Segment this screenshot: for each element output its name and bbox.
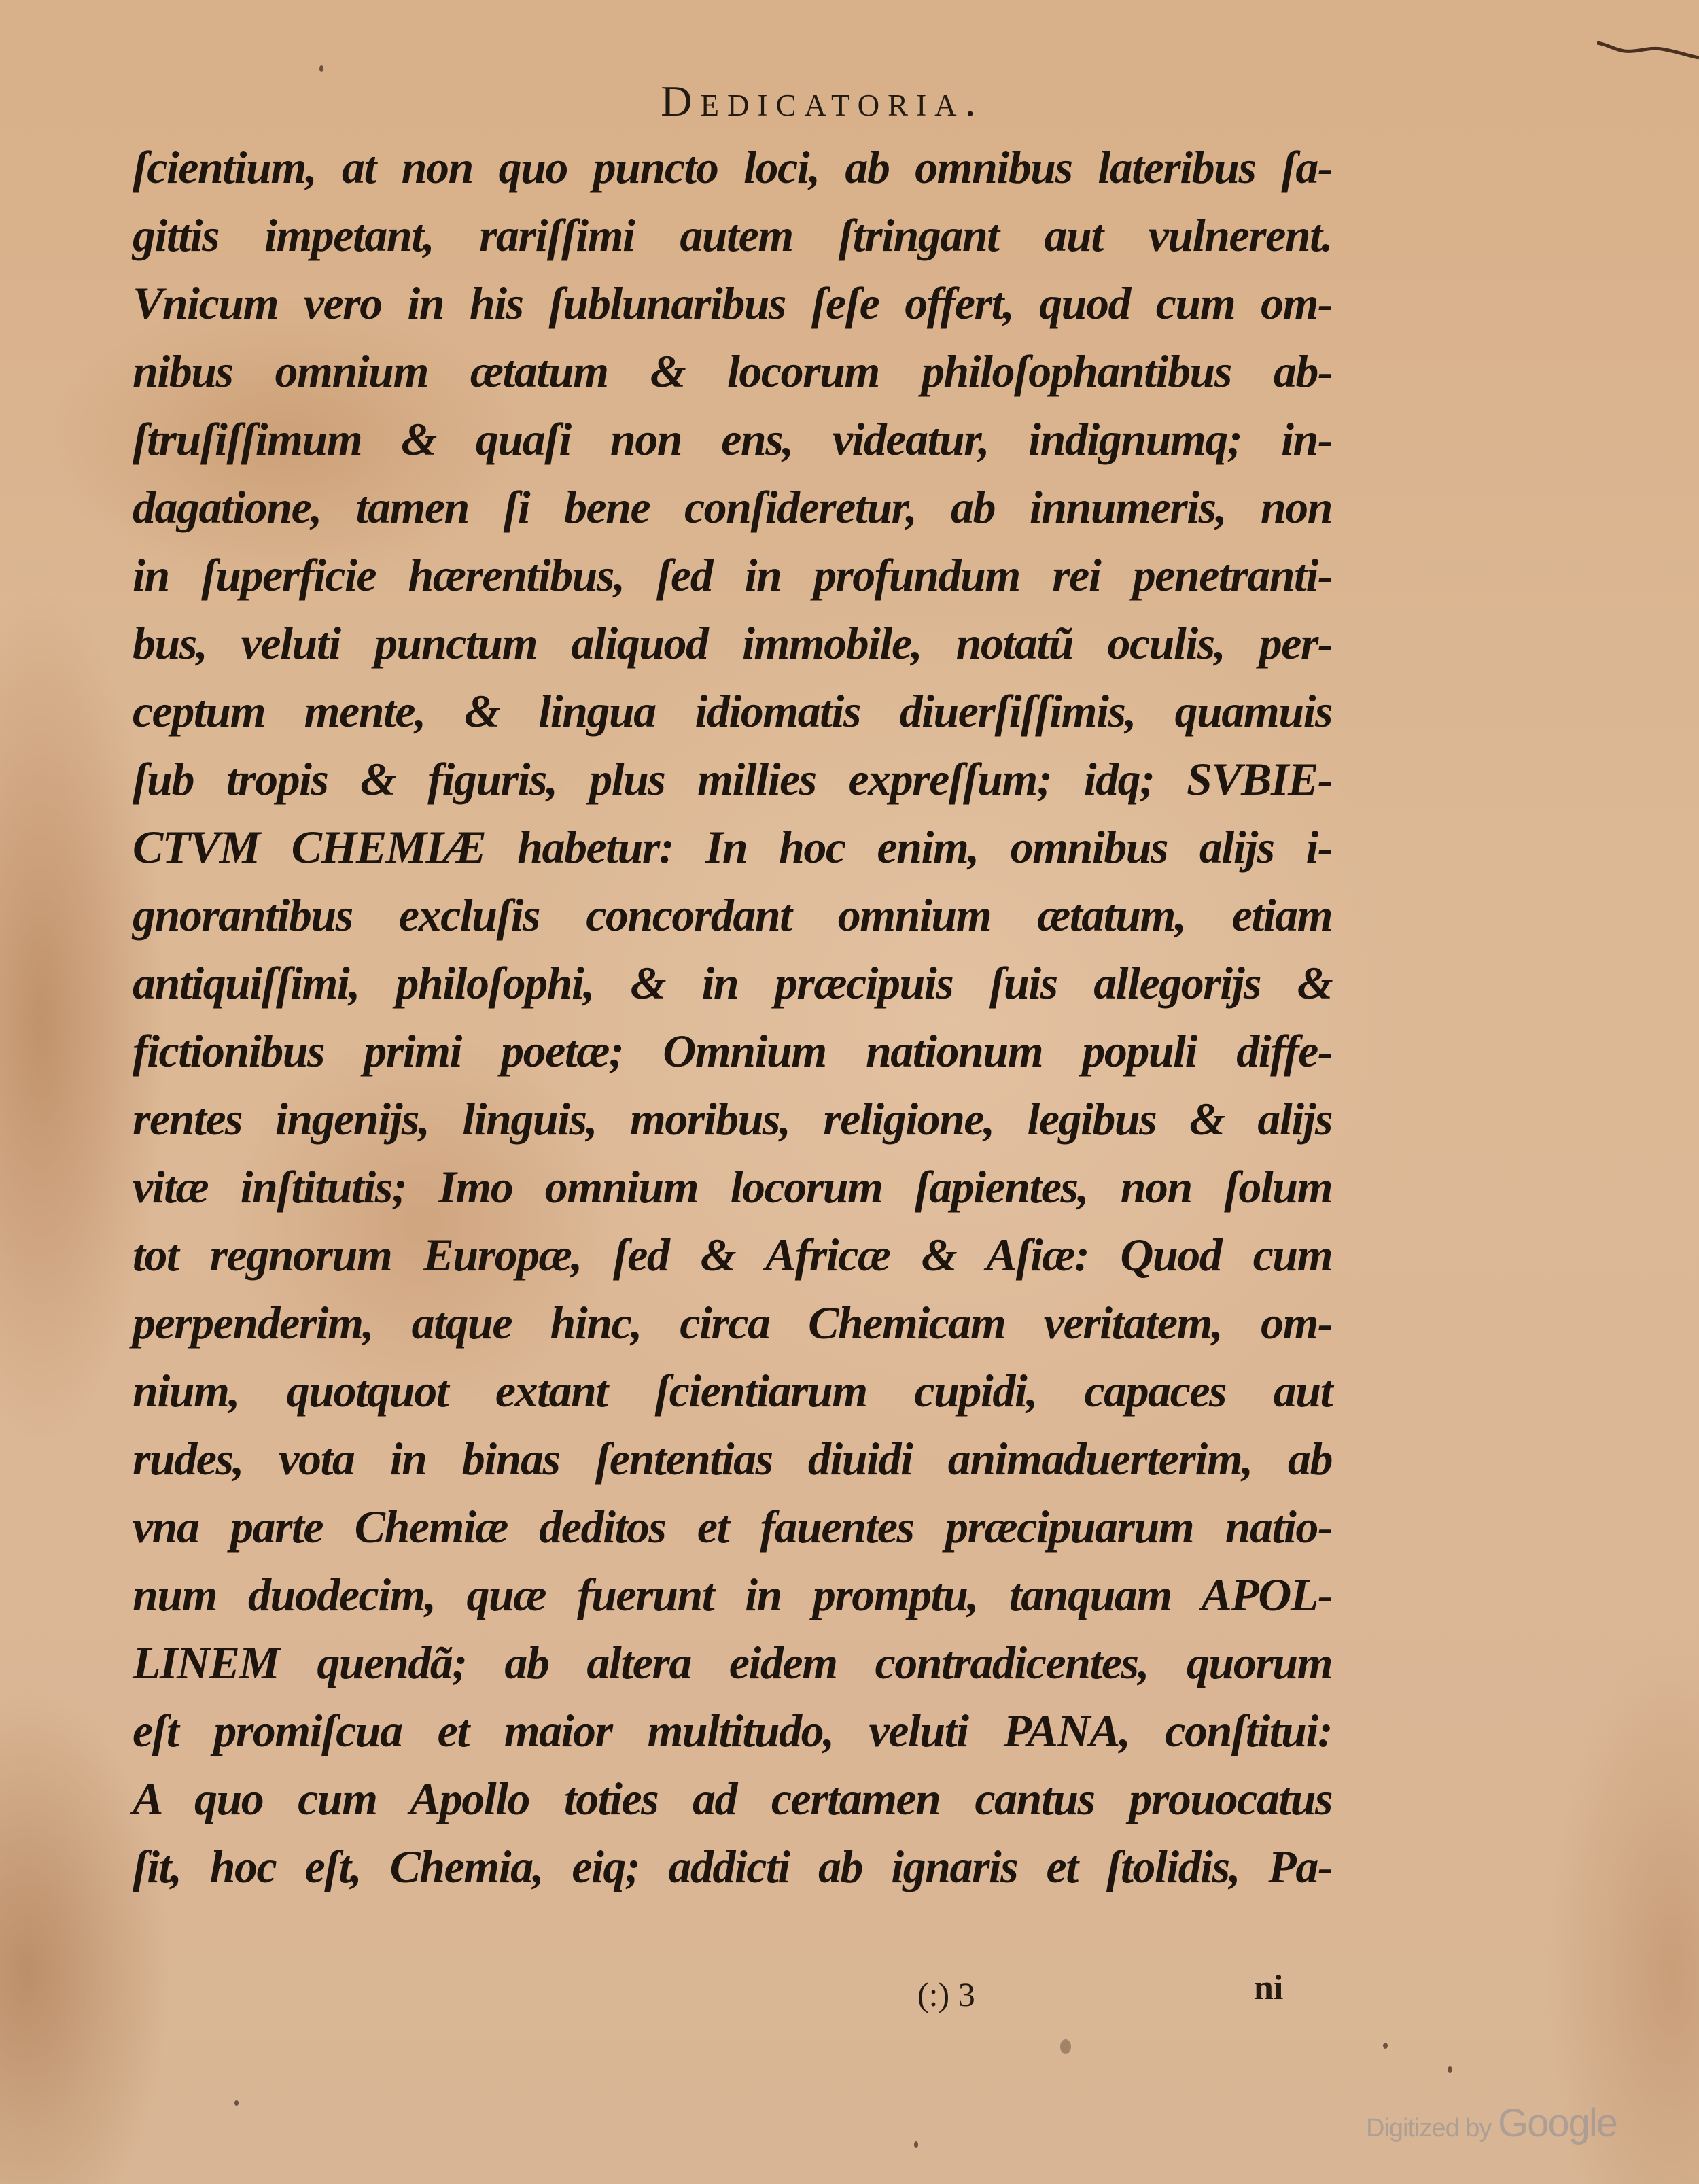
watermark-prefix: Digitized by <box>1366 2114 1491 2143</box>
text-line: fictionibus primi poetæ; Omnium nationum… <box>133 1017 1332 1085</box>
text-line: perpenderim, atque hinc, circa Chemicam … <box>133 1289 1332 1357</box>
paper-crack <box>1597 37 1699 65</box>
text-line: nibus omnium ætatum & locorum philoſopha… <box>133 337 1332 405</box>
text-line: vitæ inſtitutis; Imo omnium locorum ſapi… <box>133 1153 1332 1221</box>
ink-speck <box>1060 2039 1071 2054</box>
text-line: num duodecim, quæ fuerunt in promptu, ta… <box>133 1561 1332 1629</box>
book-page-scan: Dedicatoria. ſcientium, at non quo punct… <box>0 0 1699 2184</box>
text-line: gnorantibus excluſis concordant omnium æ… <box>133 881 1332 949</box>
text-line: in ſuperficie hærentibus, ſed in profund… <box>133 541 1332 609</box>
text-line: antiquiſſimi, philoſophi, & in præcipuis… <box>133 949 1332 1017</box>
text-line: CTVM CHEMIÆ habetur: In hoc enim, omnibu… <box>133 813 1332 881</box>
text-line: ceptum mente, & lingua idiomatis diuerſi… <box>133 677 1332 745</box>
text-line: LINEM quendã; ab altera eidem contradice… <box>133 1629 1332 1697</box>
text-line: gittis impetant, rariſſimi autem ſtringa… <box>133 201 1332 269</box>
text-line: ſit, hoc eſt, Chemia, eiq; addicti ab ig… <box>133 1833 1332 1901</box>
page-body-text: ſcientium, at non quo puncto loci, ab om… <box>133 133 1332 1901</box>
text-line: A quo cum Apollo toties ad certamen cant… <box>133 1765 1332 1833</box>
text-line: ſtruſiſſimum & quaſi non ens, videatur, … <box>133 405 1332 473</box>
ink-speck <box>1383 2043 1388 2049</box>
text-line: vna parte Chemiæ deditos et fauentes præ… <box>133 1493 1332 1561</box>
text-line: tot regnorum Europæ, ſed & Africæ & Aſiæ… <box>133 1221 1332 1289</box>
text-line: rudes, vota in binas ſententias diuidi a… <box>133 1425 1332 1493</box>
watermark-brand: Google <box>1498 2101 1617 2145</box>
text-line: ſcientium, at non quo puncto loci, ab om… <box>133 133 1332 201</box>
text-line: eſt promiſcua et maior multitudo, veluti… <box>133 1697 1332 1765</box>
ink-speck <box>1448 2066 1452 2073</box>
text-line: ſub tropis & figuris, plus millies expre… <box>133 745 1332 813</box>
text-line: bus, veluti punctum aliquod immobile, no… <box>133 609 1332 677</box>
text-line: nium, quotquot extant ſcientiarum cupidi… <box>133 1357 1332 1425</box>
ink-speck <box>319 65 323 72</box>
ink-speck <box>234 2100 239 2106</box>
catchword: ni <box>1254 1968 1283 2008</box>
text-line: Vnicum vero in his ſublunaribus ſeſe off… <box>133 269 1332 337</box>
text-line: dagatione, tamen ſi bene conſideretur, a… <box>133 473 1332 541</box>
running-header: Dedicatoria. <box>0 76 1672 126</box>
ink-speck <box>914 2141 918 2148</box>
digitized-by-watermark: Digitized by Google <box>1366 2100 1617 2146</box>
text-line: rentes ingenijs, linguis, moribus, relig… <box>133 1085 1332 1153</box>
signature-mark: (:) 3 <box>917 1975 975 2014</box>
